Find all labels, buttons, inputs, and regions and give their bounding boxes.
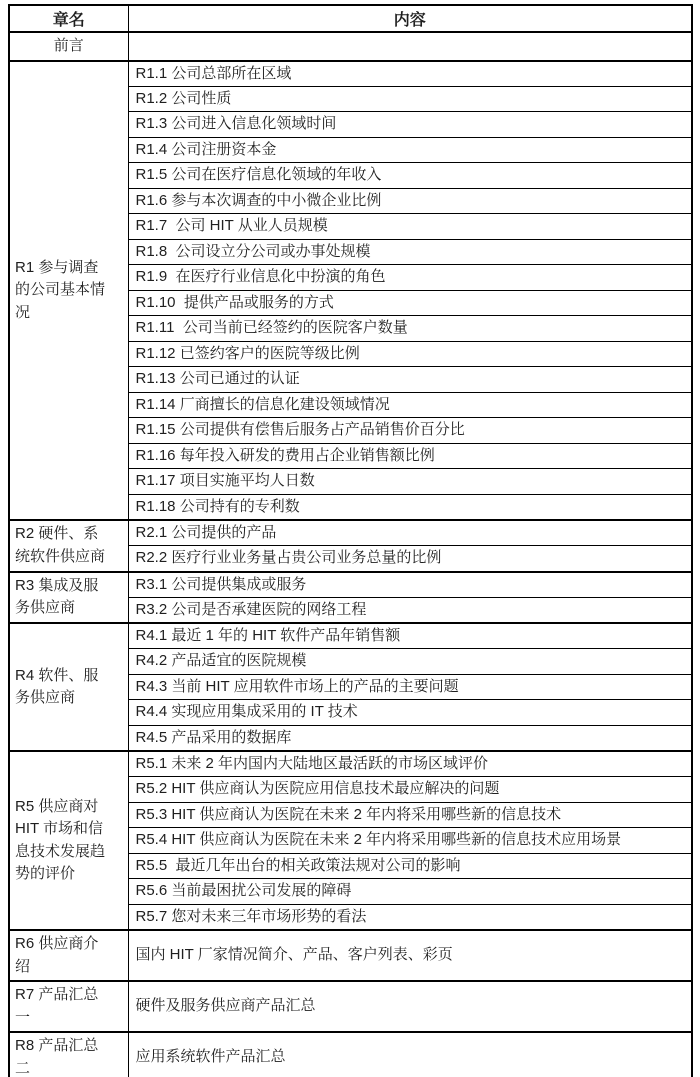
content-cell-r1-2: R1.3 公司进入信息化领域时间 [128,112,692,138]
content-cell-r1-17: R1.18 公司持有的专利数 [128,494,692,520]
content-cell-r5-6: R5.7 您对未来三年市场形势的看法 [128,904,692,930]
table-row-r3-0: R3 集成及服务供应商R3.1 公司提供集成或服务 [9,572,692,598]
table-row-r7-0: R7 产品汇总一硬件及服务供应商产品汇总 [9,981,692,1032]
content-cell-r1-14: R1.15 公司提供有偿售后服务占产品销售价百分比 [128,418,692,444]
content-cell-r6-0: 国内 HIT 厂家情况简介、产品、客户列表、彩页 [128,930,692,981]
content-cell-r1-15: R1.16 每年投入研发的费用占企业销售额比例 [128,443,692,469]
chapter-cell-r8: R8 产品汇总二 [9,1032,128,1077]
chapter-contents-table: 章名 内容 前言R1 参与调查的公司基本情况R1.1 公司总部所在区域R1.2 … [8,4,693,1077]
content-cell-r1-10: R1.11 公司当前已经签约的医院客户数量 [128,316,692,342]
content-cell-r7-0: 硬件及服务供应商产品汇总 [128,981,692,1032]
header-cell-content: 内容 [128,5,692,32]
content-cell-r1-7: R1.8 公司设立分公司或办事处规模 [128,239,692,265]
chapter-cell-preface: 前言 [9,32,128,61]
header-cell-chapter: 章名 [9,5,128,32]
content-cell-r4-4: R4.5 产品采用的数据库 [128,725,692,751]
table-row-r5-0: R5 供应商对 HIT 市场和信息技术发展趋势的评价R5.1 未来 2 年内国内… [9,751,692,777]
content-cell-r2-0: R2.1 公司提供的产品 [128,520,692,546]
table-row-r8-0: R8 产品汇总二应用系统软件产品汇总 [9,1032,692,1077]
content-cell-r1-8: R1.9 在医疗行业信息化中扮演的角色 [128,265,692,291]
content-cell-r1-1: R1.2 公司性质 [128,86,692,112]
table-row-r2-0: R2 硬件、系统软件供应商R2.1 公司提供的产品 [9,520,692,546]
chapter-cell-r7: R7 产品汇总一 [9,981,128,1032]
content-cell-r4-3: R4.4 实现应用集成采用的 IT 技术 [128,700,692,726]
chapter-cell-r6: R6 供应商介绍 [9,930,128,981]
content-cell-r3-1: R3.2 公司是否承建医院的网络工程 [128,597,692,623]
content-cell-r1-4: R1.5 公司在医疗信息化领域的年收入 [128,163,692,189]
table-row-r1-0: R1 参与调查的公司基本情况R1.1 公司总部所在区域 [9,61,692,87]
content-cell-r2-1: R2.2 医疗行业业务量占贵公司业务总量的比例 [128,546,692,572]
content-cell-r1-3: R1.4 公司注册资本金 [128,137,692,163]
chapter-cell-r5: R5 供应商对 HIT 市场和信息技术发展趋势的评价 [9,751,128,930]
content-cell-r1-9: R1.10 提供产品或服务的方式 [128,290,692,316]
chapter-cell-r3: R3 集成及服务供应商 [9,572,128,624]
chapter-cell-r1: R1 参与调查的公司基本情况 [9,61,128,521]
content-cell-r5-0: R5.1 未来 2 年内国内大陆地区最活跃的市场区域评价 [128,751,692,777]
content-cell-preface-0 [128,32,692,61]
table-row-preface-0: 前言 [9,32,692,61]
chapter-cell-r2: R2 硬件、系统软件供应商 [9,520,128,572]
content-cell-r4-1: R4.2 产品适宜的医院规模 [128,649,692,675]
content-cell-r5-3: R5.4 HIT 供应商认为医院在未来 2 年内将采用哪些新的信息技术应用场景 [128,828,692,854]
content-cell-r1-0: R1.1 公司总部所在区域 [128,61,692,87]
content-cell-r1-11: R1.12 已签约客户的医院等级比例 [128,341,692,367]
content-cell-r3-0: R3.1 公司提供集成或服务 [128,572,692,598]
chapter-cell-r4: R4 软件、服务供应商 [9,623,128,751]
content-cell-r1-16: R1.17 项目实施平均人日数 [128,469,692,495]
content-cell-r4-2: R4.3 当前 HIT 应用软件市场上的产品的主要问题 [128,674,692,700]
content-cell-r5-2: R5.3 HIT 供应商认为医院在未来 2 年内将采用哪些新的信息技术 [128,802,692,828]
content-cell-r1-5: R1.6 参与本次调查的中小微企业比例 [128,188,692,214]
content-cell-r5-4: R5.5 最近几年出台的相关政策法规对公司的影响 [128,853,692,879]
table-row-r4-0: R4 软件、服务供应商R4.1 最近 1 年的 HIT 软件产品年销售额 [9,623,692,649]
table-header-row: 章名 内容 [9,5,692,32]
content-cell-r5-5: R5.6 当前最困扰公司发展的障碍 [128,879,692,905]
content-cell-r4-0: R4.1 最近 1 年的 HIT 软件产品年销售额 [128,623,692,649]
content-cell-r1-13: R1.14 厂商擅长的信息化建设领域情况 [128,392,692,418]
table-row-r6-0: R6 供应商介绍国内 HIT 厂家情况简介、产品、客户列表、彩页 [9,930,692,981]
content-cell-r1-6: R1.7 公司 HIT 从业人员规模 [128,214,692,240]
table-body: 前言R1 参与调查的公司基本情况R1.1 公司总部所在区域R1.2 公司性质R1… [9,32,692,1077]
content-cell-r5-1: R5.2 HIT 供应商认为医院应用信息技术最应解决的问题 [128,777,692,803]
content-cell-r8-0: 应用系统软件产品汇总 [128,1032,692,1077]
content-cell-r1-12: R1.13 公司已通过的认证 [128,367,692,393]
